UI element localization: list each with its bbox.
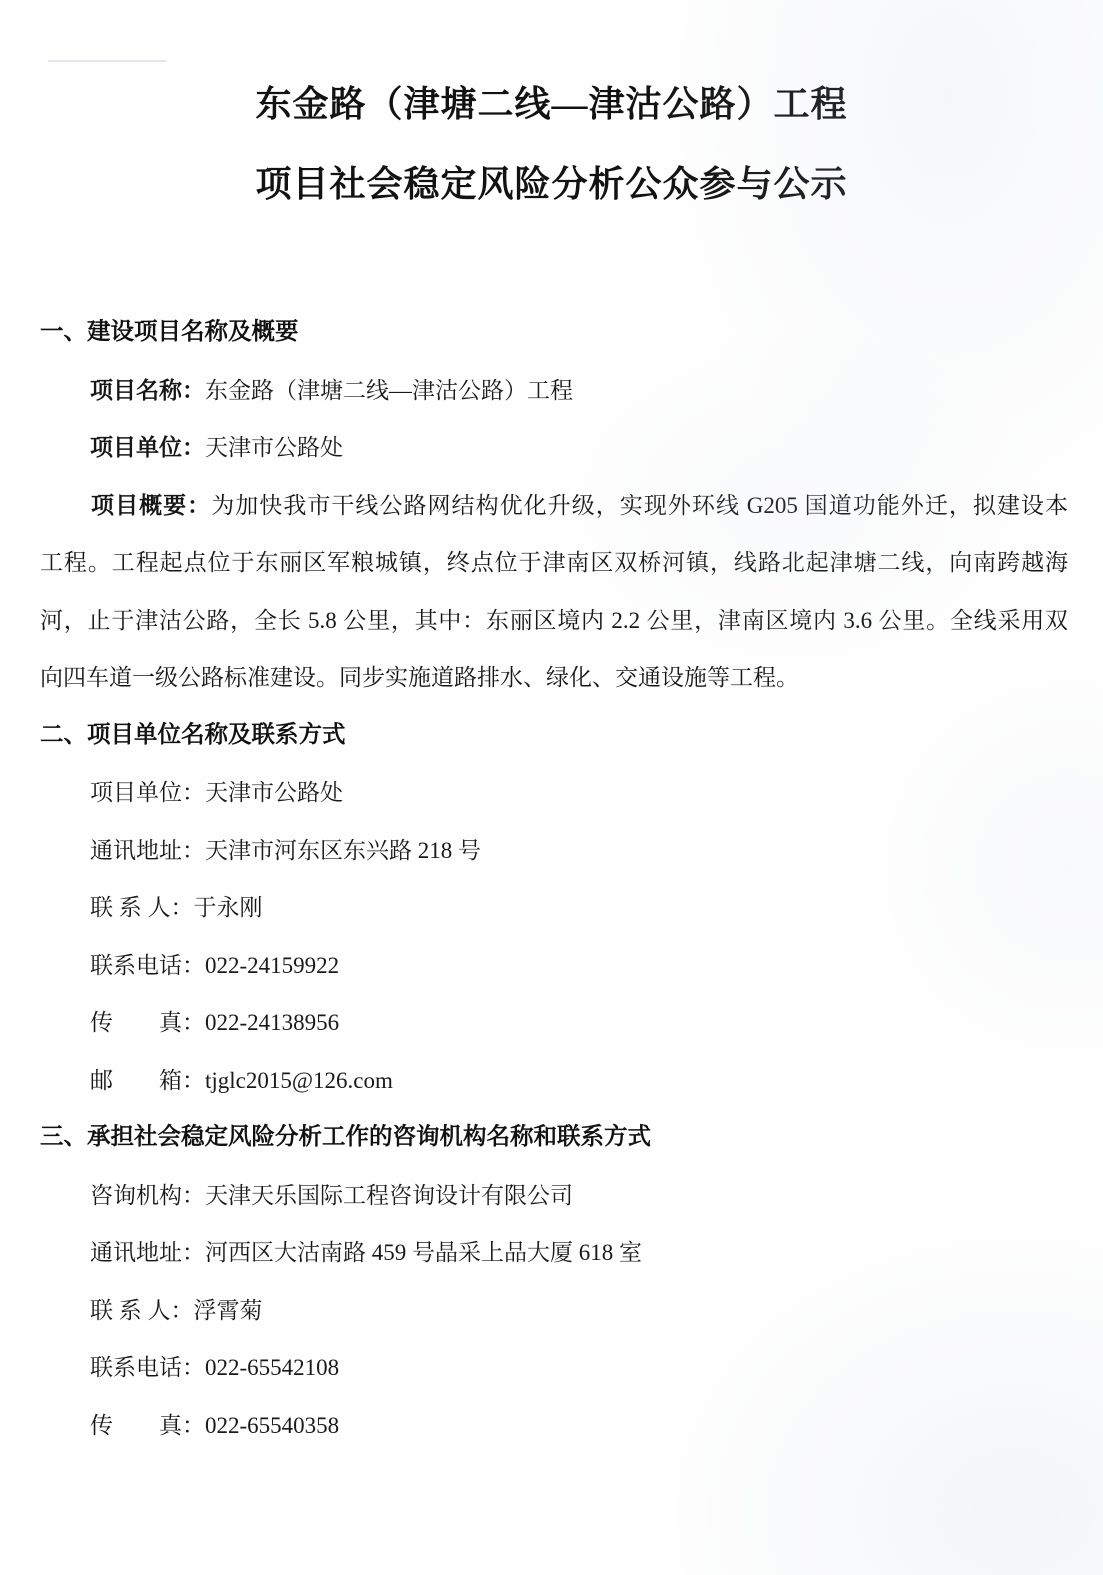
field-unit-phone-value: 022-24159922	[205, 953, 339, 978]
field-project-unit: 项目单位：天津市公路处	[40, 419, 1068, 477]
field-project-unit-label: 项目单位：	[90, 435, 205, 460]
field-consultant-address-label: 通讯地址：	[90, 1240, 205, 1265]
field-consultant-contact-person-value: 浮霄菊	[194, 1298, 263, 1323]
field-unit-email-label: 邮 箱：	[90, 1068, 205, 1093]
field-project-name: 项目名称：东金路（津塘二线—津沽公路）工程	[40, 362, 1068, 420]
field-unit-address-value: 天津市河东区东兴路 218 号	[205, 838, 481, 863]
field-consultant-address: 通讯地址：河西区大沽南路 459 号晶采上品大厦 618 室	[40, 1224, 1068, 1282]
field-consultant-phone-label: 联系电话：	[90, 1355, 205, 1380]
field-consultant-name: 咨询机构：天津天乐国际工程咨询设计有限公司	[40, 1167, 1068, 1225]
field-consultant-fax: 传 真：022-65540358	[40, 1397, 1068, 1455]
field-unit-contact-person: 联 系 人：于永刚	[40, 879, 1068, 937]
field-consultant-contact-person-label: 联 系 人：	[90, 1298, 194, 1323]
field-unit-email: 邮 箱：tjglc2015@126.com	[40, 1052, 1068, 1110]
section-project-unit-contact: 二、项目单位名称及联系方式 项目单位：天津市公路处 通讯地址：天津市河东区东兴路…	[40, 707, 1068, 1110]
field-consultant-name-label: 咨询机构：	[90, 1183, 205, 1208]
section-project-overview: 一、建设项目名称及概要 项目名称：东金路（津塘二线—津沽公路）工程 项目单位：天…	[40, 304, 1068, 707]
field-unit-contact-person-label: 联 系 人：	[90, 895, 194, 920]
field-unit-fax-label: 传 真：	[90, 1010, 205, 1035]
document-title: 东金路（津塘二线—津沽公路）工程 项目社会稳定风险分析公众参与公示	[0, 0, 1103, 224]
field-unit-fax-value: 022-24138956	[205, 1010, 339, 1035]
document-body: 一、建设项目名称及概要 项目名称：东金路（津塘二线—津沽公路）工程 项目单位：天…	[40, 304, 1068, 1454]
field-consultant-phone-value: 022-65542108	[205, 1355, 339, 1380]
field-unit-address-label: 通讯地址：	[90, 838, 205, 863]
field-project-name-label: 项目名称：	[90, 378, 205, 403]
field-consultant-name-value: 天津天乐国际工程咨询设计有限公司	[205, 1183, 573, 1208]
field-consultant-fax-label: 传 真：	[90, 1413, 205, 1438]
section-2-heading: 二、项目单位名称及联系方式	[40, 707, 1068, 765]
section-consultant-contact: 三、承担社会稳定风险分析工作的咨询机构名称和联系方式 咨询机构：天津天乐国际工程…	[40, 1109, 1068, 1454]
scan-artifact-line	[48, 60, 166, 62]
document-title-line-1: 东金路（津塘二线—津沽公路）工程	[0, 64, 1103, 144]
summary-line-3: 河，止于津沽公路，全长 5.8 公里，其中：东丽区境内 2.2 公里，津南区境内…	[40, 592, 1068, 650]
field-consultant-phone: 联系电话：022-65542108	[40, 1339, 1068, 1397]
field-unit-contact-person-value: 于永刚	[194, 895, 263, 920]
field-unit-fax: 传 真：022-24138956	[40, 994, 1068, 1052]
field-project-unit-value: 天津市公路处	[205, 435, 343, 460]
field-unit-phone-label: 联系电话：	[90, 953, 205, 978]
field-unit-email-value: tjglc2015@126.com	[205, 1068, 393, 1093]
section-1-heading: 一、建设项目名称及概要	[40, 304, 1068, 362]
summary-line-2: 工程。工程起点位于东丽区军粮城镇，终点位于津南区双桥河镇，线路北起津塘二线，向南…	[40, 534, 1068, 592]
document-page: 东金路（津塘二线—津沽公路）工程 项目社会稳定风险分析公众参与公示 一、建设项目…	[0, 0, 1103, 1575]
section-3-heading: 三、承担社会稳定风险分析工作的咨询机构名称和联系方式	[40, 1109, 1068, 1167]
field-consultant-address-value: 河西区大沽南路 459 号晶采上品大厦 618 室	[205, 1240, 642, 1265]
summary-line-4: 向四车道一级公路标准建设。同步实施道路排水、绿化、交通设施等工程。	[40, 649, 1068, 707]
summary-line-1: 项目概要：为加快我市干线公路网结构优化升级，实现外环线 G205 国道功能外迁，…	[40, 477, 1068, 535]
field-unit-address: 通讯地址：天津市河东区东兴路 218 号	[40, 822, 1068, 880]
summary-label: 项目概要：	[90, 493, 211, 518]
field-unit-name: 项目单位：天津市公路处	[40, 764, 1068, 822]
field-consultant-fax-value: 022-65540358	[205, 1413, 339, 1438]
project-summary-paragraph: 项目概要：为加快我市干线公路网结构优化升级，实现外环线 G205 国道功能外迁，…	[40, 477, 1068, 707]
field-unit-name-value: 天津市公路处	[205, 780, 343, 805]
field-unit-name-label: 项目单位：	[90, 780, 205, 805]
field-unit-phone: 联系电话：022-24159922	[40, 937, 1068, 995]
summary-line-1-text: 为加快我市干线公路网结构优化升级，实现外环线 G205 国道功能外迁，拟建设本	[211, 493, 1068, 518]
document-title-line-2: 项目社会稳定风险分析公众参与公示	[0, 144, 1103, 224]
field-project-name-value: 东金路（津塘二线—津沽公路）工程	[205, 378, 573, 403]
field-consultant-contact-person: 联 系 人：浮霄菊	[40, 1282, 1068, 1340]
